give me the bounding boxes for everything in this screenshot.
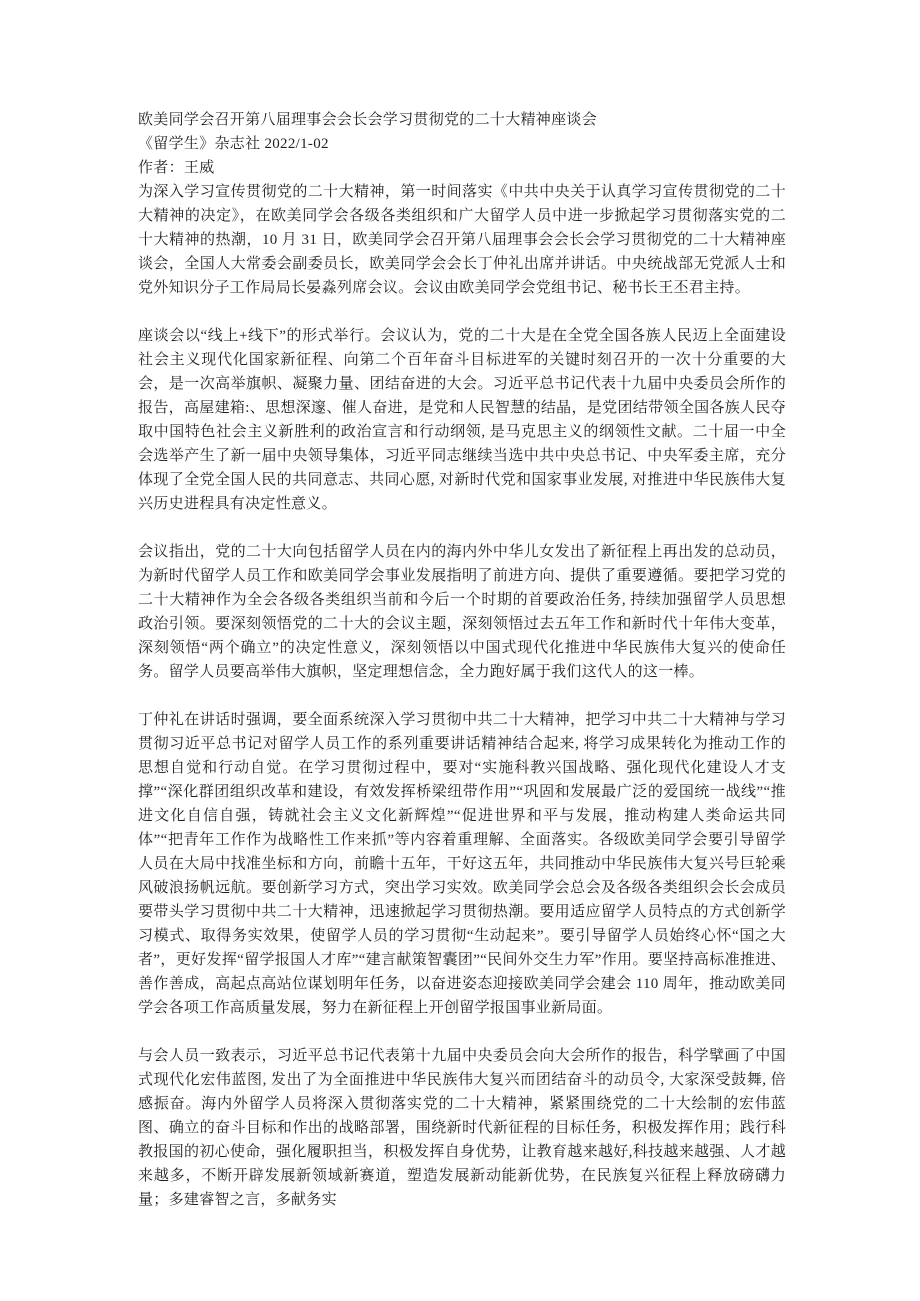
article-source: 《留学生》杂志社 2022/1-02	[138, 132, 786, 156]
article-paragraph-4: 丁仲礼在讲话时强调，要全面系统深入学习贯彻中共二十大精神，把学习中共二十大精神与…	[138, 708, 786, 1020]
article-paragraph-3: 会议指出，党的二十大向包括留学人员在内的海内外中华儿女发出了新征程上再出发的总动…	[138, 540, 786, 684]
article-paragraph-1: 为深入学习宣传贯彻党的二十大精神，第一时间落实《中共中央关于认真学习宣传贯彻党的…	[138, 180, 786, 300]
article-paragraph-2: 座谈会以“线上+线下”的形式举行。会议认为，党的二十大是在全党全国各族人民迈上全…	[138, 324, 786, 516]
article-author: 作者：王威	[138, 156, 786, 180]
article-title: 欧美同学会召开第八届理事会会长会学习贯彻党的二十大精神座谈会	[138, 108, 786, 132]
article: 欧美同学会召开第八届理事会会长会学习贯彻党的二十大精神座谈会 《留学生》杂志社 …	[138, 108, 786, 1212]
article-paragraph-5: 与会人员一致表示，习近平总书记代表第十九届中央委员会向大会所作的报告，科学擘画了…	[138, 1044, 786, 1212]
